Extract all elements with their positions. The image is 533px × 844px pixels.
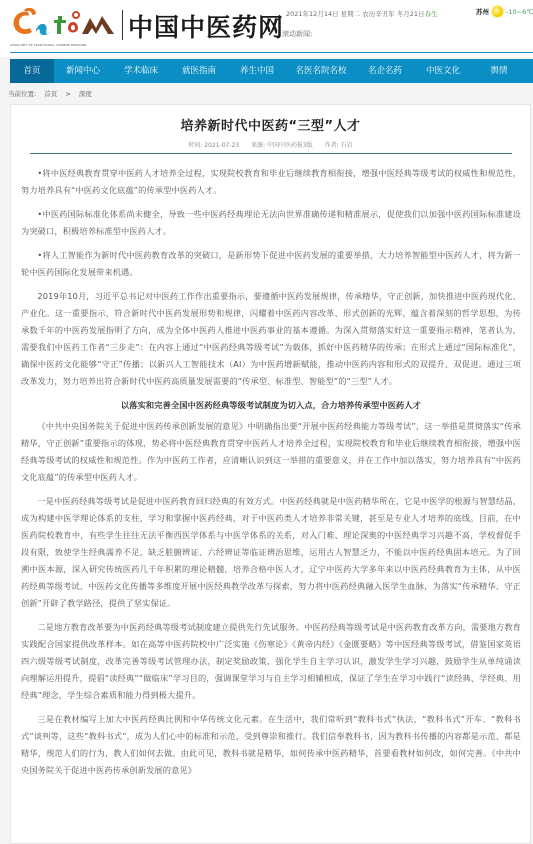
- body-paragraph: 2019年10月，习近平总书记对中医药工作作出重要指示，要遵循中医药发展规律，传…: [21, 288, 521, 390]
- cntcm-logo-icon: [10, 6, 118, 40]
- main-nav: 首页新闻中心学术临床就医指南养生中国名医名院名校名企名药中医文化舆情: [10, 59, 533, 83]
- body-paragraph: 二是地方教育改革要为中医药经典等级考试制度建立提供先行先试服务。中医药经典等级考…: [21, 619, 521, 704]
- nav-item-6[interactable]: 名企名药: [356, 59, 414, 83]
- section-subheading: 以落实和完善全国中医药经典等级考试制度为切入点，合力培养传承型中医药人才: [21, 397, 521, 414]
- site-logo[interactable]: CHINA NET OF TRADITIONAL CHINESE MEDICIN…: [10, 6, 255, 46]
- nav-item-7[interactable]: 中医文化: [414, 59, 472, 83]
- breadcrumb-home-link[interactable]: 首页: [44, 90, 57, 98]
- nav-item-8[interactable]: 舆情: [472, 59, 526, 83]
- breadcrumb-current[interactable]: 深度: [79, 90, 92, 98]
- date-line: 2021年12月14日 星期二 农历辛丑年 冬月21日春生: [286, 9, 438, 18]
- article-card: 培养新时代中医药“三型”人才 时间: 2021-07-23 来源: 中国中医药报…: [10, 104, 531, 834]
- logo-text: 中国中医药网: [128, 8, 284, 44]
- article-meta: 时间: 2021-07-23 来源: 中国中医药报3版 作者: 石岩: [11, 140, 530, 149]
- breadcrumb-separator: >: [65, 90, 70, 98]
- logo-subtitle: CHINA NET OF TRADITIONAL CHINESE MEDICIN…: [10, 43, 87, 47]
- summary-point: •将人工智能作为新时代中医药教育改革的突破口，是新形势下促进中医药发展的重要举措…: [21, 247, 521, 281]
- weather-widget: 苏州 -10~6℃: [476, 6, 533, 17]
- article-source: 来源: 中国中医药报3版: [251, 142, 313, 149]
- logo-divider: [122, 10, 123, 40]
- article-author: 作者: 石岩: [325, 142, 353, 149]
- header-divider: [10, 52, 533, 53]
- body-paragraph: 《中共中央国务院关于促进中医药传承创新发展的意见》中明确指出要“开展中医药经典能…: [21, 418, 521, 486]
- weather-city: 苏州: [476, 7, 489, 16]
- title-divider: [30, 153, 512, 154]
- weather-temp: -10~6℃: [506, 8, 533, 16]
- nav-item-4[interactable]: 养生中国: [228, 59, 286, 83]
- breadcrumb: 当前位置: 首页 > 深度: [8, 89, 98, 98]
- body-paragraph: 三是在教材编写上加大中医药经典比例和中华传统文化元素。在生活中，我们常听到“教科…: [21, 711, 521, 779]
- summary-point: •中医药国际标准化体系尚未健全，导致一些中医药经典理论无法向世界准确传递和精准展…: [21, 206, 521, 240]
- site-header: CHINA NET OF TRADITIONAL CHINESE MEDICIN…: [0, 0, 533, 57]
- sun-icon: [492, 6, 503, 17]
- scroll-news-label: 滚动新闻:: [282, 29, 312, 39]
- breadcrumb-label: 当前位置:: [8, 90, 36, 98]
- article-title: 培养新时代中医药“三型”人才: [11, 115, 530, 134]
- article-body: •将中医经典教育贯穿中医药人才培养全过程，实现院校教育和毕业后继续教育相衔接，增…: [21, 165, 521, 786]
- article-time: 时间: 2021-07-23: [188, 142, 239, 149]
- nav-item-3[interactable]: 就医指南: [170, 59, 228, 83]
- nav-item-0[interactable]: 首页: [10, 59, 54, 83]
- summary-point: •将中医经典教育贯穿中医药人才培养全过程，实现院校教育和毕业后继续教育相衔接，增…: [21, 165, 521, 199]
- nav-item-1[interactable]: 新闻中心: [54, 59, 112, 83]
- body-paragraph: 一是中医药经典等级考试是促进中医药教育回归经典的有效方式。中医药经典就是中医药精…: [21, 493, 521, 612]
- date-text: 2021年12月14日 星期二 农历辛丑年 冬月21日: [286, 10, 425, 18]
- nav-item-2[interactable]: 学术临床: [112, 59, 170, 83]
- nav-item-5[interactable]: 名医名院名校: [286, 59, 356, 83]
- solar-term: 春生: [425, 10, 438, 18]
